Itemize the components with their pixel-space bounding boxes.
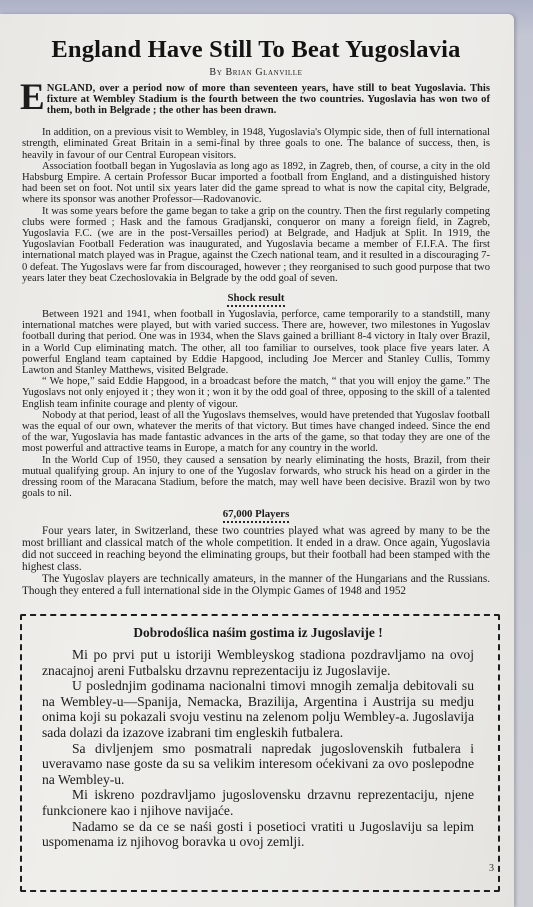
article-lede: ENGLAND, over a period now of more than … [22,83,490,117]
article-paragraph: Nobody at that period, least of all the … [22,410,490,455]
drop-cap: E [20,83,45,113]
article: England Have Still To Beat Yugoslavia By… [22,14,490,597]
article-paragraph: The Yugoslav players are technically ama… [22,573,490,597]
article-title: England Have Still To Beat Yugoslavia [22,36,490,64]
article-paragraph: Association football began in Yugoslavia… [22,161,490,206]
section-heading-text: Shock result [227,292,284,307]
welcome-paragraph: Sa divljenjem smo posmatrali napredak ju… [42,741,474,788]
welcome-paragraph: Nadamo se da ce se naśi gosti i posetioc… [42,819,474,850]
article-paragraph: In addition, on a previous visit to Wemb… [22,127,490,161]
article-paragraph: “ We hope,” said Eddie Hapgood, in a bro… [22,376,490,410]
article-byline: By Brian Glanville [22,66,490,80]
welcome-box-title: Dobrodoślica naśim gostima iz Jugoslavij… [42,625,474,641]
article-paragraph: Four years later, in Switzerland, these … [22,525,490,573]
lede-first-word: NGLAND, [47,83,96,94]
section-heading-text: 67,000 Players [223,508,290,523]
article-paragraph: It was some years before the game began … [22,206,490,284]
article-paragraph: Between 1921 and 1941, when football in … [22,309,490,376]
page-number: 3 [489,863,494,874]
welcome-box: Dobrodoślica naśim gostima iz Jugoslavij… [20,614,500,892]
section-heading-shock-result: Shock result [22,292,490,304]
lede-text: over a period now of more than seventeen… [47,83,490,116]
welcome-paragraph: Mi po prvi put u istoriji Wembleyskog st… [42,647,474,678]
article-paragraph: In the World Cup of 1950, they caused a … [22,455,490,500]
programme-page: England Have Still To Beat Yugoslavia By… [0,14,514,907]
welcome-paragraph: U poslednjim godinama nacionalni timovi … [42,678,474,740]
welcome-paragraph: Mi iskreno pozdravljamo jugoslovensku dr… [42,787,474,818]
section-heading-players: 67,000 Players [22,508,490,520]
